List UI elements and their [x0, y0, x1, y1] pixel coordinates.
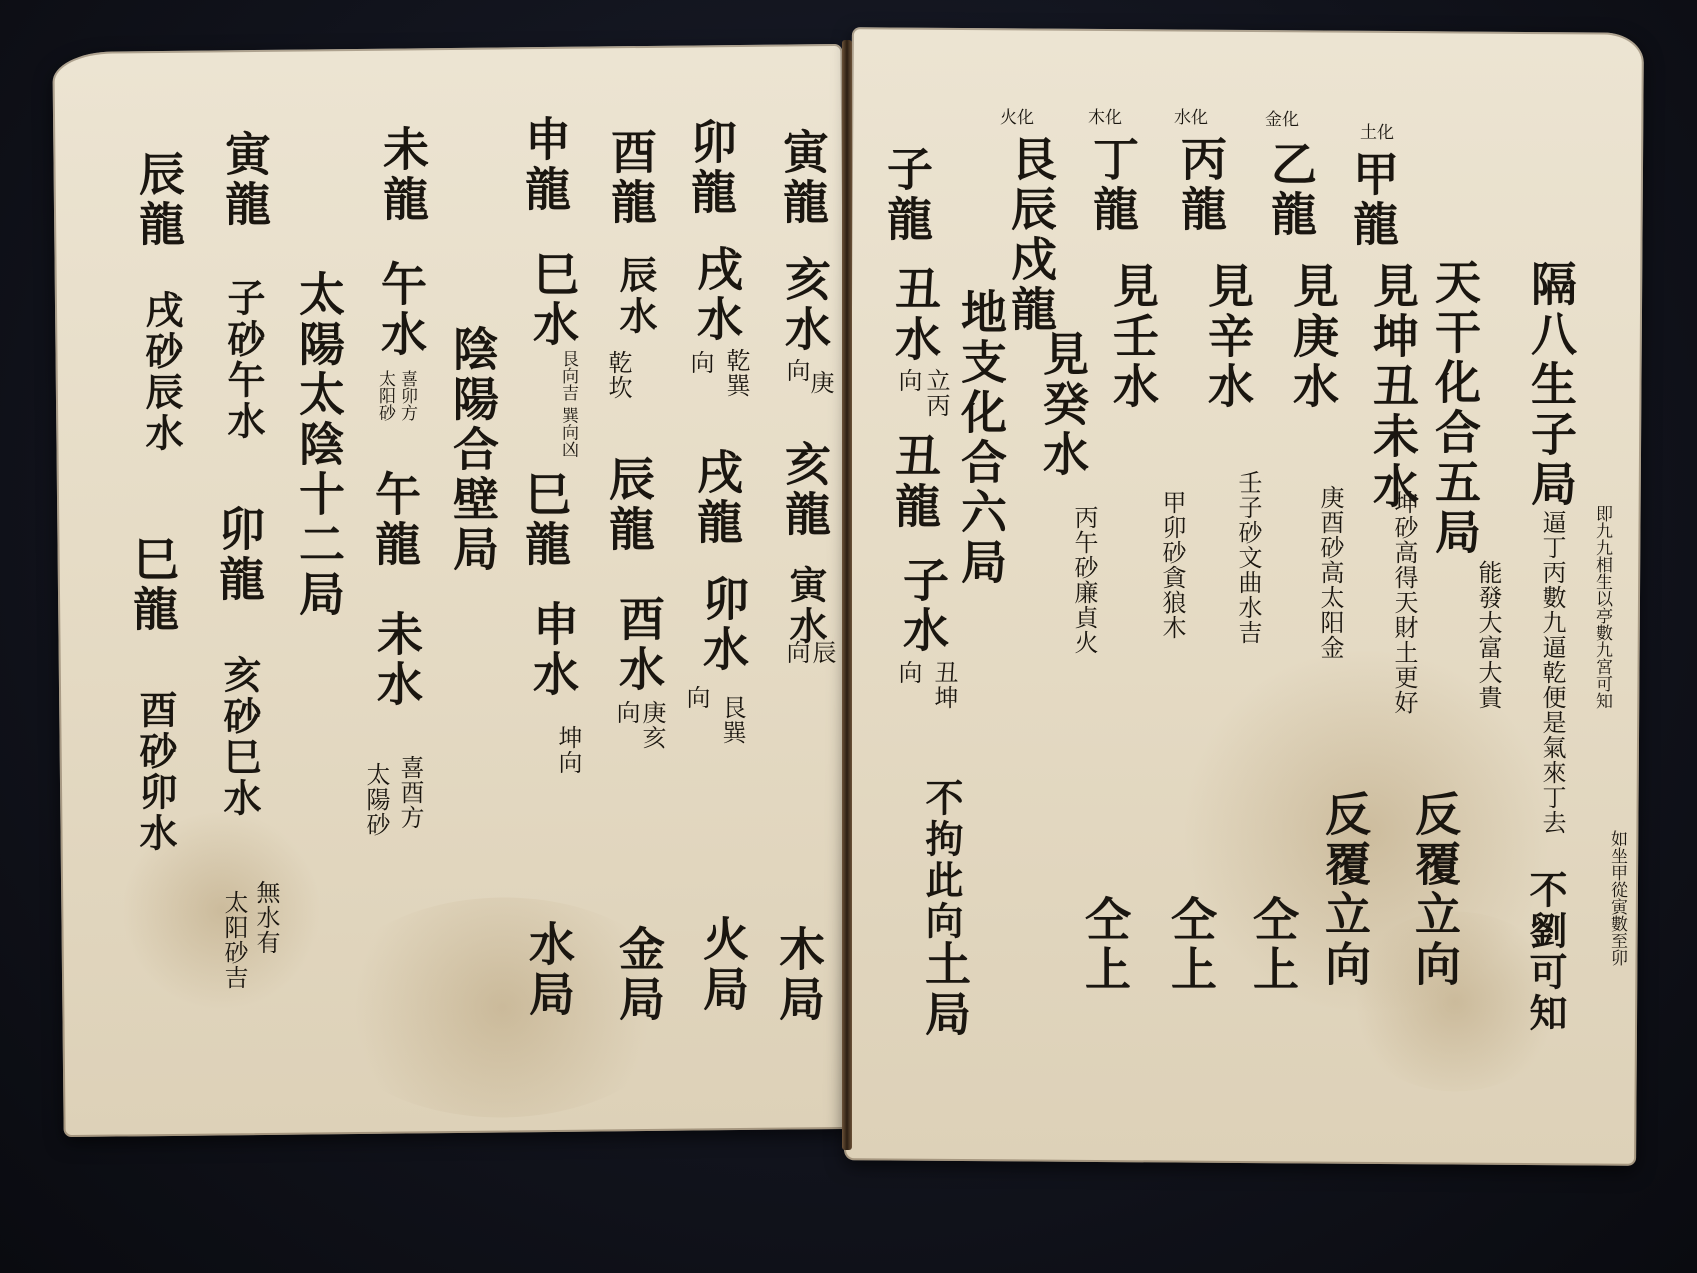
- entry-note: 喜酉方: [398, 755, 422, 830]
- result-label: 反覆立向: [1412, 790, 1458, 990]
- entry-note: 乾坎: [606, 350, 630, 400]
- section-heading: 太陽太陰十二局: [296, 270, 342, 620]
- water-label: 見壬水: [1110, 262, 1156, 412]
- dragon-label: 子龍: [884, 145, 930, 245]
- dragon-label: 丑龍: [892, 432, 938, 532]
- water-label: 見癸水: [1040, 330, 1086, 480]
- result-label: 火局: [700, 915, 746, 1015]
- transform-label: 火化: [1000, 110, 1034, 127]
- dragon-label: 亥龍: [782, 440, 828, 540]
- sha-water-label: 亥砂巳水: [220, 655, 258, 819]
- water-label: 午水: [378, 260, 424, 360]
- transform-label: 水化: [1174, 110, 1208, 127]
- sha-water-label: 子砂午水: [224, 278, 262, 442]
- dragon-label: 丁龍: [1090, 135, 1136, 235]
- entry-note: 庚酉砂高太阳金: [1318, 485, 1342, 660]
- result-label: 土局: [922, 940, 968, 1040]
- entry-note: 太阳砂吉: [222, 890, 246, 990]
- entry-note: 壬子砂文曲水吉: [1236, 470, 1260, 645]
- result-label: 仝上: [1082, 895, 1128, 995]
- title-note: 如坐甲從寅數至卯: [1608, 830, 1625, 966]
- water-label: 見坤丑未水: [1370, 262, 1416, 512]
- entry-note: 立丙: [924, 368, 948, 418]
- water-label: 辰水: [616, 255, 654, 337]
- entry-note: 甲卯砂貪狼木: [1160, 490, 1184, 640]
- dragon-label: 辰龍: [136, 150, 182, 250]
- entry-remark: 不拘此向: [922, 778, 960, 942]
- dragon-label: 巳龍: [130, 535, 176, 635]
- dragon-label: 酉龍: [608, 128, 654, 228]
- water-label: 子水: [900, 556, 946, 656]
- dragon-label: 卯龍: [216, 505, 262, 605]
- dragon-label: 甲龍: [1350, 150, 1396, 250]
- water-label: 酉水: [616, 595, 662, 695]
- entry-note: 太陽砂: [364, 762, 388, 837]
- entry-note: 太阳砂: [376, 370, 393, 421]
- entry-note: 庚: [808, 370, 832, 395]
- entry-note: 乾巽: [724, 348, 748, 398]
- water-label: 巳水: [530, 250, 576, 350]
- dragon-label: 未龍: [380, 125, 426, 225]
- entry-note: 無水有: [254, 880, 278, 955]
- result-label: 仝上: [1250, 895, 1296, 995]
- result-label: 水局: [526, 920, 572, 1020]
- entry-note: 庚亥: [640, 700, 664, 750]
- direction-label: 向: [784, 358, 808, 383]
- section-heading: 地支化合六局: [958, 288, 1004, 588]
- direction-label: 向: [684, 685, 708, 710]
- water-label: 亥水: [782, 255, 828, 355]
- dragon-label: 寅龍: [780, 128, 826, 228]
- dragon-label: 巳龍: [522, 470, 568, 570]
- sha-water-label: 戌砂辰水: [142, 290, 180, 454]
- result-label: 木局: [776, 925, 822, 1025]
- dragon-label: 乙龍: [1268, 140, 1314, 240]
- dragon-label: 丙龍: [1178, 135, 1224, 235]
- direction-label: 向: [614, 700, 638, 725]
- entry-note: 喜卯方: [398, 370, 415, 421]
- result-label: 仝上: [1168, 895, 1214, 995]
- result-label: 金局: [616, 925, 662, 1025]
- title-note: 不劉可知: [1526, 870, 1564, 1034]
- transform-label: 木化: [1088, 110, 1122, 127]
- dragon-label: 辰龍: [606, 455, 652, 555]
- direction-label: 向: [688, 350, 712, 375]
- entry-note: 坤砂高得天財土更好: [1392, 490, 1416, 715]
- water-label: 未水: [374, 610, 420, 710]
- title-note: 即九九相生以亭數九宮可知: [1593, 505, 1610, 709]
- water-label: 見辛水: [1205, 262, 1251, 412]
- entry-note: 艮向吉 巽向凶: [530, 350, 576, 457]
- sha-water-label: 酉砂卯水: [136, 690, 174, 854]
- entry-note: 丑坤: [932, 660, 956, 710]
- title-note: 逼丁丙數九逼乾便是氣來丁去: [1540, 510, 1564, 835]
- direction-label: 向: [896, 660, 920, 685]
- direction-label: 向: [784, 640, 808, 665]
- book-spine: [842, 40, 852, 1150]
- dragon-label: 申龍: [522, 115, 568, 215]
- water-label: 申水: [530, 600, 576, 700]
- direction-label: 向: [896, 368, 920, 393]
- dragon-label: 戌龍: [694, 448, 740, 548]
- water-label: 寅水: [786, 565, 824, 647]
- dragon-label: 艮辰戍龍: [1008, 135, 1054, 335]
- water-label: 見庚水: [1290, 262, 1336, 412]
- section-heading: 天干化合五局: [1432, 258, 1478, 558]
- section-note: 能發大富大貴: [1476, 560, 1500, 710]
- dragon-label: 寅龍: [222, 130, 268, 230]
- water-label: 丑水: [892, 265, 938, 365]
- entry-note: 丙午砂廉貞火: [1072, 505, 1096, 655]
- transform-label: 金化: [1265, 112, 1299, 129]
- dragon-label: 午龍: [372, 470, 418, 570]
- page-title: 隔八生子局: [1528, 260, 1574, 510]
- dragon-label: 卯龍: [688, 118, 734, 218]
- section-heading: 陰陽合壁局: [450, 325, 496, 575]
- transform-label: 土化: [1360, 125, 1394, 142]
- result-label: 反覆立向: [1322, 790, 1368, 990]
- water-label: 卯水: [700, 575, 746, 675]
- entry-note: 坤向: [556, 725, 580, 775]
- water-label: 戌水: [694, 245, 740, 345]
- entry-note: 艮巽: [720, 695, 744, 745]
- entry-note: 辰: [810, 640, 834, 665]
